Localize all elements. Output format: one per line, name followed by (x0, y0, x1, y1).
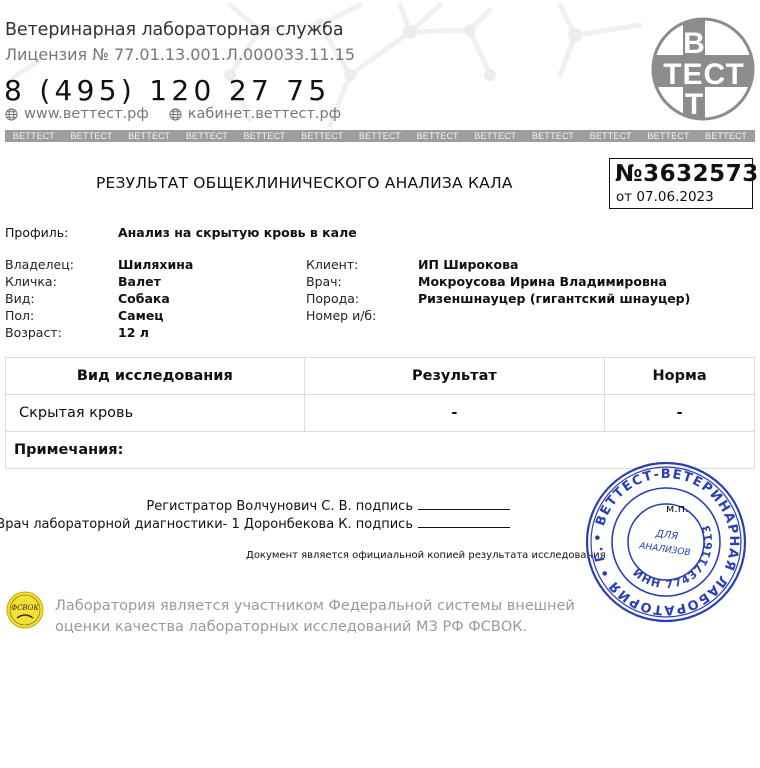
brand-strip-text: ВЕТТЕСТ (128, 131, 170, 141)
doctor-signature: Врач лабораторной диагностики- 1 Доронбе… (0, 517, 510, 532)
doctor-label: Врач: (306, 273, 376, 290)
species-value: Собака (118, 290, 193, 307)
results-header-row: Вид исследования Результат Норма (6, 358, 755, 395)
brand-strip-text: ВЕТТЕСТ (186, 131, 228, 141)
profile-value: Анализ на скрытую кровь в кале (118, 224, 357, 241)
test-name: Скрытая кровь (6, 395, 305, 432)
globe-icon (169, 108, 182, 121)
breed-value: Ризеншнауцер (гигантский шнауцер) (418, 290, 690, 307)
column-header-test: Вид исследования (6, 358, 305, 395)
patient-labels-left: Владелец: Кличка: Вид: Пол: Возраст: (5, 256, 74, 341)
document-number-box: №3632573 от 07.06.2023 (609, 158, 753, 209)
logo-letter-top: В (683, 27, 705, 60)
cabinet-link[interactable]: кабинет.веттест.рф (169, 106, 341, 122)
doctor-signature-text: Врач лабораторной диагностики- 1 Доронбе… (0, 517, 413, 532)
official-stamp: • ВЕТТЕСТ-ВЕТЕРИНАРНАЯ ЛАБОРАТОРИЯ • Г. … (584, 460, 748, 624)
sex-value: Самец (118, 307, 193, 324)
website-link-label: www.веттест.рф (24, 106, 149, 122)
patient-values-left: Шиляхина Валет Собака Самец 12 л (118, 256, 193, 341)
globe-icon (5, 108, 18, 121)
doctor-value: Мокроусова Ирина Владимировна (418, 273, 690, 290)
pet-name-value: Валет (118, 273, 193, 290)
test-norm: - (605, 395, 755, 432)
column-header-result: Результат (304, 358, 605, 395)
registrar-signature: Регистратор Волчунович С. В. подпись (146, 499, 510, 514)
brand-strip-text: ВЕТТЕСТ (244, 131, 286, 141)
logo-letter-bottom: Т (685, 88, 703, 121)
fsvok-badge-text: ФСВОК (11, 604, 39, 612)
client-label: Клиент: (306, 256, 376, 273)
lab-name: Ветеринарная лабораторная служба (5, 20, 344, 40)
brand-strip: ВЕТТЕСТ ВЕТТЕСТ ВЕТТЕСТ ВЕТТЕСТ ВЕТТЕСТ … (5, 130, 755, 142)
vettest-logo: В ТЕСТ Т (651, 17, 755, 121)
logo-letters-horizontal: ТЕСТ (663, 58, 745, 91)
brand-strip-text: ВЕТТЕСТ (532, 131, 574, 141)
brand-strip-text: ВЕТТЕСТ (705, 131, 747, 141)
column-header-norm: Норма (605, 358, 755, 395)
official-copy-note: Документ является официальной копией рез… (246, 550, 606, 561)
brand-strip-text: ВЕТТЕСТ (474, 131, 516, 141)
fsvok-participation-note: Лаборатория является участником Федераль… (55, 596, 575, 638)
client-value: ИП Широкова (418, 256, 690, 273)
age-label: Возраст: (5, 324, 74, 341)
signature-line (418, 508, 510, 510)
owner-value: Шиляхина (118, 256, 193, 273)
document-date: от 07.06.2023 (616, 189, 714, 205)
age-value: 12 л (118, 324, 193, 341)
test-result: - (304, 395, 605, 432)
document-title: РЕЗУЛЬТАТ ОБЩЕКЛИНИЧЕСКОГО АНАЛИЗА КАЛА (96, 174, 513, 192)
patient-values-right: ИП Широкова Мокроусова Ирина Владимировн… (418, 256, 690, 324)
signature-line (418, 526, 510, 528)
sex-label: Пол: (5, 307, 74, 324)
phone-number: 8 (495) 120 27 75 (4, 74, 331, 107)
pet-name-label: Кличка: (5, 273, 74, 290)
history-number-label: Номер и/б: (306, 307, 376, 324)
document-number: №3632573 (615, 161, 759, 187)
brand-strip-text: ВЕТТЕСТ (70, 131, 112, 141)
brand-strip-text: ВЕТТЕСТ (647, 131, 689, 141)
results-table: Вид исследования Результат Норма Скрытая… (5, 357, 755, 469)
website-link[interactable]: www.веттест.рф (5, 106, 149, 122)
stamp-center-line1: ДЛЯ (654, 528, 679, 542)
brand-strip-text: ВЕТТЕСТ (13, 131, 55, 141)
license-number: Лицензия № 77.01.13.001.Л.000033.11.15 (5, 45, 355, 64)
brand-strip-text: ВЕТТЕСТ (590, 131, 632, 141)
brand-strip-text: ВЕТТЕСТ (301, 131, 343, 141)
website-links: www.веттест.рф кабинет.веттест.рф (5, 106, 341, 122)
history-number-value (418, 307, 690, 324)
cabinet-link-label: кабинет.веттест.рф (188, 106, 341, 122)
table-row: Скрытая кровь - - (6, 395, 755, 432)
owner-label: Владелец: (5, 256, 74, 273)
brand-strip-text: ВЕТТЕСТ (417, 131, 459, 141)
stamp-center-line2: АНАЛИЗОВ (638, 541, 691, 558)
profile-label: Профиль: (5, 224, 68, 241)
breed-label: Порода: (306, 290, 376, 307)
stamp-place-label: м.п. (666, 502, 688, 515)
patient-labels-right: Клиент: Врач: Порода: Номер и/б: (306, 256, 376, 324)
fsvok-badge-icon: ФСВОК (6, 591, 44, 629)
brand-strip-text: ВЕТТЕСТ (359, 131, 401, 141)
registrar-signature-text: Регистратор Волчунович С. В. подпись (146, 499, 413, 514)
species-label: Вид: (5, 290, 74, 307)
